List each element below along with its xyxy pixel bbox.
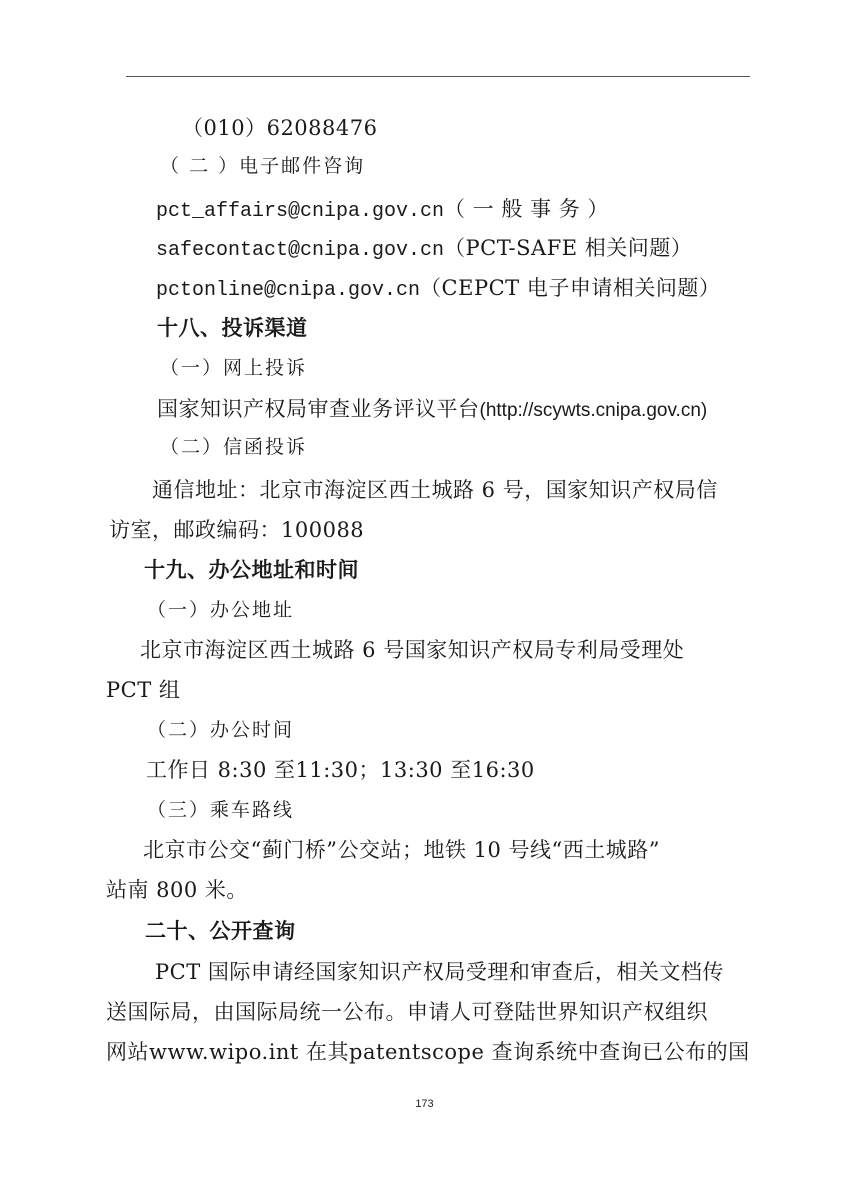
mail-address-line1: 通信地址：北京市海淀区西土城路 6 号，国家知识产权局信	[152, 476, 718, 504]
section-19-sub2: （二）办公时间	[147, 716, 294, 744]
header-rule	[126, 76, 750, 77]
email-safe-note: （PCT-SAFE 相关问题）	[444, 236, 692, 260]
transit-route-line2: 站南 800 米。	[106, 876, 248, 904]
email-consult-heading: （ 二 ）电子邮件咨询	[160, 152, 365, 180]
public-query-para-line3: 网站www.wipo.int 在其patentscope 查询系统中查询已公布的…	[106, 1038, 750, 1066]
review-platform-url[interactable]: (http://scywts.cnipa.gov.cn)	[480, 400, 708, 421]
email-affairs-note: （ 一 般 事 务 ）	[444, 197, 609, 221]
section-18-sub2: （二）信函投诉	[160, 433, 307, 461]
email-line-affairs: pct_affairs@cnipa.gov.cn（ 一 般 事 务 ）	[156, 195, 609, 226]
email-safe-link[interactable]: safecontact@cnipa.gov.cn	[156, 239, 444, 262]
phone-number: （010）62088476	[182, 114, 377, 142]
email-affairs-link[interactable]: pct_affairs@cnipa.gov.cn	[156, 200, 444, 223]
section-18-online-complaint: 国家知识产权局审查业务评议平台(http://scywts.cnipa.gov.…	[157, 395, 707, 425]
public-query-para-line1: PCT 国际申请经国家知识产权局受理和审查后，相关文档传	[155, 958, 724, 986]
public-query-para-line2: 送国际局，由国际局统一公布。申请人可登陆世界知识产权组织	[106, 998, 708, 1026]
email-online-link[interactable]: pctonline@cnipa.gov.cn	[156, 279, 420, 302]
email-line-online: pctonline@cnipa.gov.cn（CEPCT 电子申请相关问题）	[156, 274, 720, 305]
office-address-line2: PCT 组	[106, 676, 180, 704]
email-online-note: （CEPCT 电子申请相关问题）	[420, 276, 720, 300]
office-address-line1: 北京市海淀区西土城路 6 号国家知识产权局专利局受理处	[140, 636, 684, 664]
section-18-title: 十八、投诉渠道	[157, 314, 308, 342]
transit-route-line1: 北京市公交“蓟门桥”公交站；地铁 10 号线“西土城路”	[143, 836, 660, 864]
email-line-safe: safecontact@cnipa.gov.cn（PCT-SAFE 相关问题）	[156, 234, 692, 265]
section-19-title: 十九、办公地址和时间	[144, 556, 359, 584]
section-18-sub1: （一）网上投诉	[160, 354, 307, 382]
section-19-sub1: （一）办公地址	[147, 596, 294, 624]
review-platform-name: 国家知识产权局审查业务评议平台	[157, 397, 480, 421]
mail-address-line2: 访室，邮政编码：100088	[109, 516, 364, 544]
section-20-title: 二十、公开查询	[145, 917, 296, 945]
office-hours: 工作日 8:30 至11:30；13:30 至16:30	[146, 756, 535, 784]
section-19-sub3: （三）乘车路线	[147, 796, 294, 824]
page-number: 173	[0, 1098, 849, 1110]
